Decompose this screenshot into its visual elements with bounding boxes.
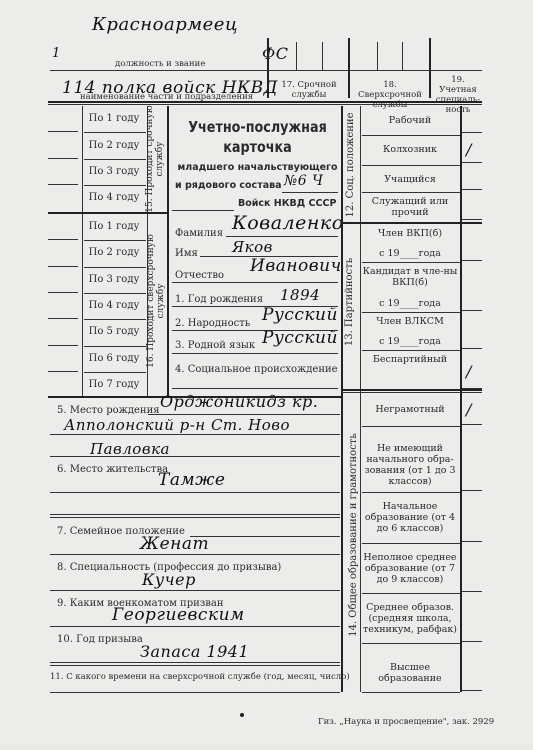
education-checkbox-1[interactable] [462, 395, 482, 424]
draft-year-value: Запаса 1941 [140, 642, 249, 661]
birth-year-value: 1894 [280, 286, 320, 304]
col17-label: 17. Срочной службы [270, 80, 348, 100]
section-16-year-1: По 1 году [86, 221, 142, 232]
section-15-year-2: По 2 году [86, 140, 142, 151]
name-label: Имя [175, 248, 198, 259]
position-handwritten: Красноармеец [92, 14, 238, 35]
birth-year-label: 1. Год рождения [175, 294, 263, 305]
social-position-checkbox-2[interactable] [462, 137, 482, 163]
check-mark: / [466, 140, 471, 159]
card-title-line4: и рядового состава [175, 180, 282, 191]
native-language-value: Русский [262, 328, 338, 348]
social-position-1: Рабочий [362, 115, 458, 126]
education-level-3: Начальное образование (от 4 до 6 классов… [362, 501, 458, 534]
party-checkbox-4[interactable] [462, 352, 482, 388]
party-status-3: Член ВЛКСМ [362, 316, 458, 327]
social-position-4: Служащий или прочий [362, 196, 458, 218]
party-since-1: с 19____года [362, 248, 458, 259]
birthplace-label: 5. Место рождения [57, 405, 160, 416]
draft-office-value: Георгиевским [112, 605, 245, 625]
education-label: 14. Общее образование и грамотность [348, 400, 362, 670]
section-15-year-4: По 4 году [86, 192, 142, 203]
party-since-3: с 19____года [362, 336, 458, 347]
surname-value: Коваленко [232, 212, 344, 234]
nationality-value: Русский [262, 305, 338, 325]
education-level-2: Не имеющий начального обра-зования (от 1… [362, 443, 458, 487]
party-checkbox-1[interactable] [462, 226, 482, 260]
party-checkbox-3[interactable] [462, 314, 482, 348]
education-checkbox-5[interactable] [462, 595, 482, 641]
section-16-year-7: По 7 году [86, 379, 142, 390]
section-15-year-1: По 1 году [86, 113, 142, 124]
party-label: 13. Партийность [344, 227, 358, 377]
card-title-line2: карточка [187, 138, 327, 156]
party-since-2: с 19____года [362, 298, 458, 309]
education-level-4: Неполное среднее образование (от 7 до 9 … [362, 552, 458, 585]
position-label: должность и звание [115, 59, 205, 69]
education-level-1: Неграмотный [362, 404, 458, 415]
residence-value: Тамже [158, 470, 225, 490]
section-16-label: 16. Проходит сверхсрочную службу [146, 226, 168, 376]
specialty-value: Кучер [142, 570, 196, 589]
section-16-year-3: По 3 году [86, 274, 142, 285]
birthplace-line2: Апполонский р-н Ст. Ново [64, 416, 290, 434]
education-checkbox-6[interactable] [462, 645, 482, 690]
patronymic-label: Отчество [175, 270, 224, 281]
card-title-line3: младшего начальствующего [175, 162, 340, 173]
printer-info: Гиз. „Наука и просвещение", зак. 2929 [318, 717, 494, 727]
service-record-card: Красноармеец 1 должность и звание 114 по… [0, 0, 533, 745]
surname-label: Фамилия [175, 228, 223, 239]
education-level-6: Высшее образование [362, 662, 458, 684]
card-title-line5: Войск НКВД СССР [238, 198, 336, 209]
social-position-checkbox-3[interactable] [462, 167, 482, 190]
card-number-handwritten: №6 Ч [284, 173, 323, 189]
code-handwritten: ФС [262, 44, 289, 63]
check-mark: / [466, 400, 471, 419]
party-status-1: Член ВКП(б) [362, 228, 458, 239]
family-status-value: Женат [140, 534, 209, 554]
native-language-label: 3. Родной язык [175, 340, 255, 351]
education-checkbox-3[interactable] [462, 494, 482, 541]
social-position-label: 12. Соц. положение [345, 105, 359, 225]
social-position-checkbox-1[interactable] [462, 108, 482, 133]
social-position-checkbox-4[interactable] [462, 194, 482, 220]
position-prefix-handwritten: 1 [52, 46, 61, 61]
section-15-label: 15. Проходит срочную службу [145, 99, 167, 219]
social-origin-label: 4. Социальное происхождение [175, 364, 338, 375]
social-position-3: Учащийся [362, 174, 458, 185]
draft-year-label: 10. Год призыва [57, 634, 143, 645]
col18-label: 18. Сверхсрочной службы [350, 80, 430, 110]
section-16-year-5: По 5 году [86, 326, 142, 337]
education-checkbox-4[interactable] [462, 545, 482, 591]
education-level-5: Среднее образов. (средняя школа, технику… [362, 602, 458, 635]
party-status-2: Кандидат в чле-ны ВКП(б) [362, 266, 458, 288]
patronymic-value: Иванович [250, 256, 342, 276]
section-15-year-3: По 3 году [86, 166, 142, 177]
card-title-line1: Учетно-послужная [187, 118, 327, 136]
social-position-2: Колхозник [362, 144, 458, 155]
extended-service-label: 11. С какого времени на сверхсрочной слу… [50, 672, 350, 682]
nationality-label: 2. Народность [175, 318, 250, 329]
section-16-year-4: По 4 году [86, 300, 142, 311]
check-mark: / [466, 362, 471, 381]
section-16-year-6: По 6 году [86, 353, 142, 364]
name-value: Яков [232, 238, 273, 256]
section-16-year-2: По 2 году [86, 247, 142, 258]
education-checkbox-2[interactable] [462, 428, 482, 490]
birthplace-line1: Орджоникидз кр. [160, 392, 318, 411]
party-status-4: Беспартийный [362, 354, 458, 365]
residence-label: 6. Место жительства [57, 464, 168, 475]
party-checkbox-2[interactable] [462, 264, 482, 310]
